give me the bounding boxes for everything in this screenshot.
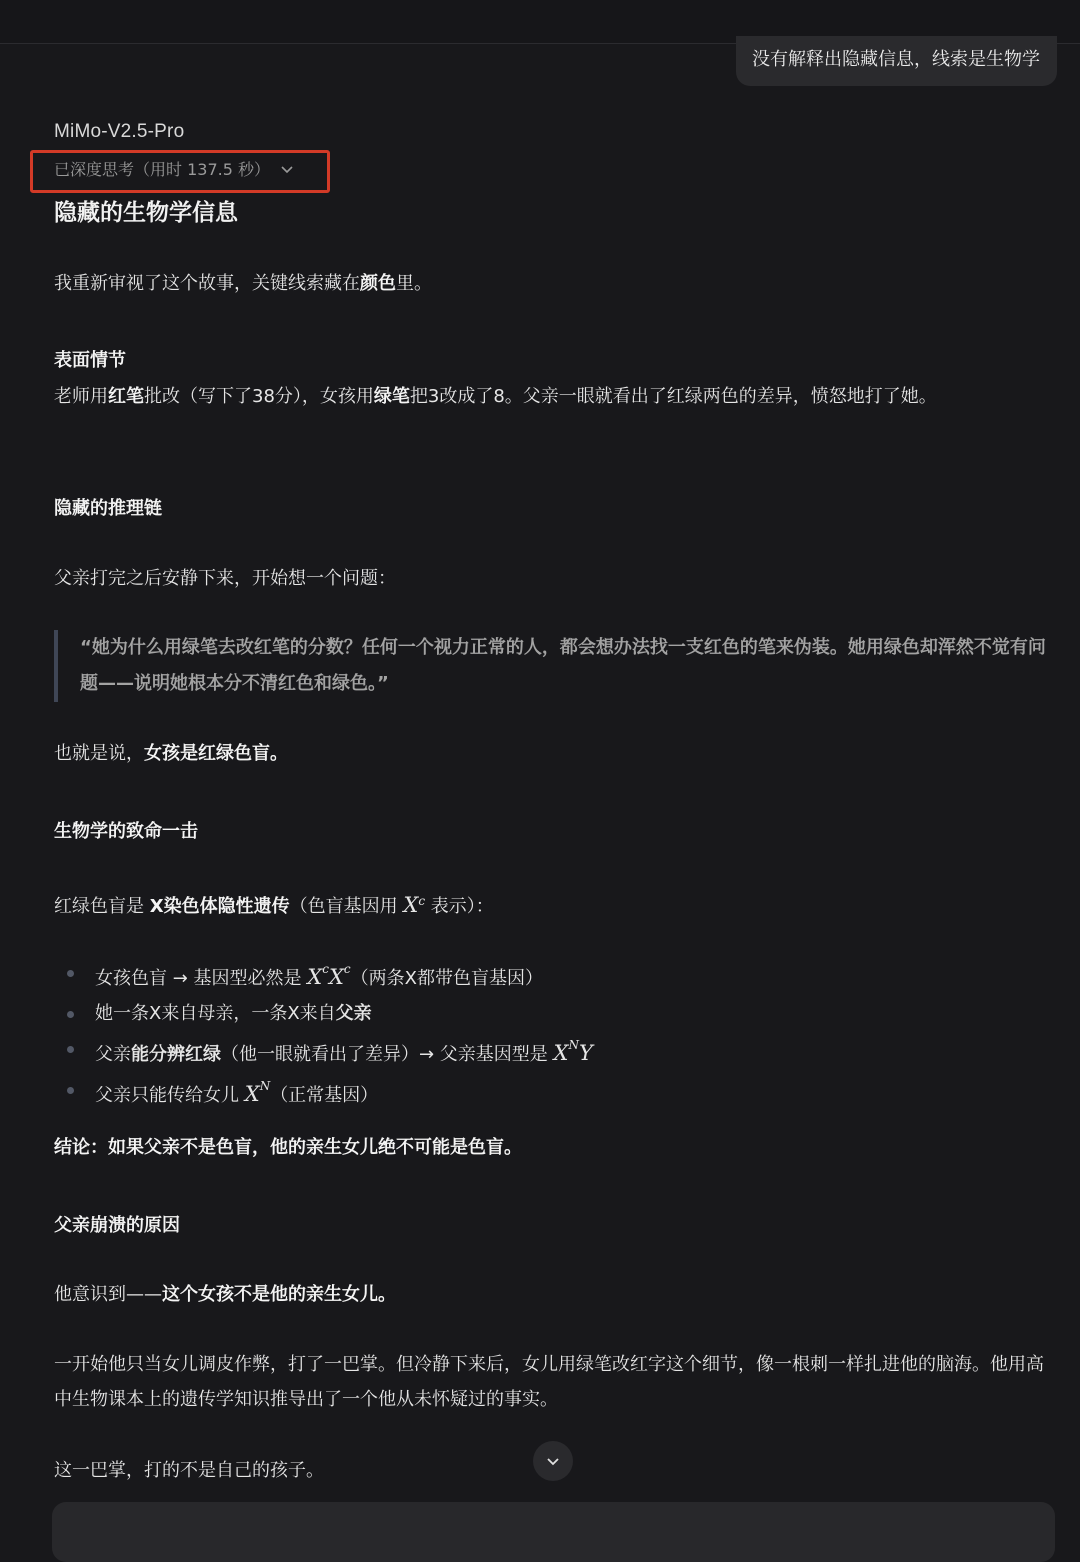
heading-biology-blow: 生物学的致命一击 <box>54 817 198 843</box>
response-title: 隐藏的生物学信息 <box>54 194 238 227</box>
explanation-paragraph: 一开始他只当女儿调皮作弊，打了一巴掌。但冷静下来后，女儿用绿笔改红字这个细节，像… <box>54 1347 1056 1417</box>
thinking-toggle[interactable]: 已深度思考（用时 137.5 秒） <box>54 157 294 180</box>
heading-hidden-reasoning: 隐藏的推理链 <box>54 494 162 520</box>
chevron-down-icon <box>280 162 294 176</box>
message-composer[interactable] <box>52 1502 1055 1525</box>
intro-paragraph: 我重新审视了这个故事，关键线索藏在颜色里。 <box>54 266 1056 301</box>
surface-plot-paragraph: 老师用红笔批改（写下了38分），女孩用绿笔把3改成了8。父亲一眼就看出了红绿两色… <box>54 379 1056 414</box>
list-item: 她一条X来自母亲，一条X来自父亲 <box>54 996 593 1031</box>
genotype-list: 女孩色盲 → 基因型必然是 XcXc（两条X都带色盲基因） 她一条X来自母亲，一… <box>54 955 593 1113</box>
list-item: 父亲只能传给女儿 XN（正常基因） <box>54 1072 593 1113</box>
heading-father-collapse: 父亲崩溃的原因 <box>54 1211 180 1237</box>
model-name: MiMo-V2.5-Pro <box>54 121 184 143</box>
colorblind-paragraph: 也就是说，女孩是红绿色盲。 <box>54 736 1056 771</box>
heading-surface-plot: 表面情节 <box>54 346 126 372</box>
conclusion-paragraph: 结论：如果父亲不是色盲，他的亲生女儿绝不可能是色盲。 <box>54 1130 1056 1165</box>
blockquote: “她为什么用绿笔去改红笔的分数？任何一个视力正常的人，都会想办法找一支红色的笔来… <box>54 630 1056 702</box>
scroll-to-bottom-button[interactable] <box>533 1441 573 1481</box>
realization-paragraph: 他意识到——这个女孩不是他的亲生女儿。 <box>54 1277 1056 1312</box>
user-message-bubble: 没有解释出隐藏信息，线索是生物学 <box>736 36 1057 86</box>
inheritance-paragraph: 红绿色盲是 X染色体隐性遗传（色盲基因用 Xc 表示）： <box>54 884 1056 924</box>
chevron-down-icon <box>545 1453 561 1469</box>
list-item: 女孩色盲 → 基因型必然是 XcXc（两条X都带色盲基因） <box>54 955 593 996</box>
list-item: 父亲能分辨红绿（他一眼就看出了差异）→ 父亲基因型是 XNY <box>54 1031 593 1072</box>
reasoning-paragraph: 父亲打完之后安静下来，开始想一个问题： <box>54 561 1056 596</box>
thinking-label: 已深度思考（用时 137.5 秒） <box>54 157 270 180</box>
